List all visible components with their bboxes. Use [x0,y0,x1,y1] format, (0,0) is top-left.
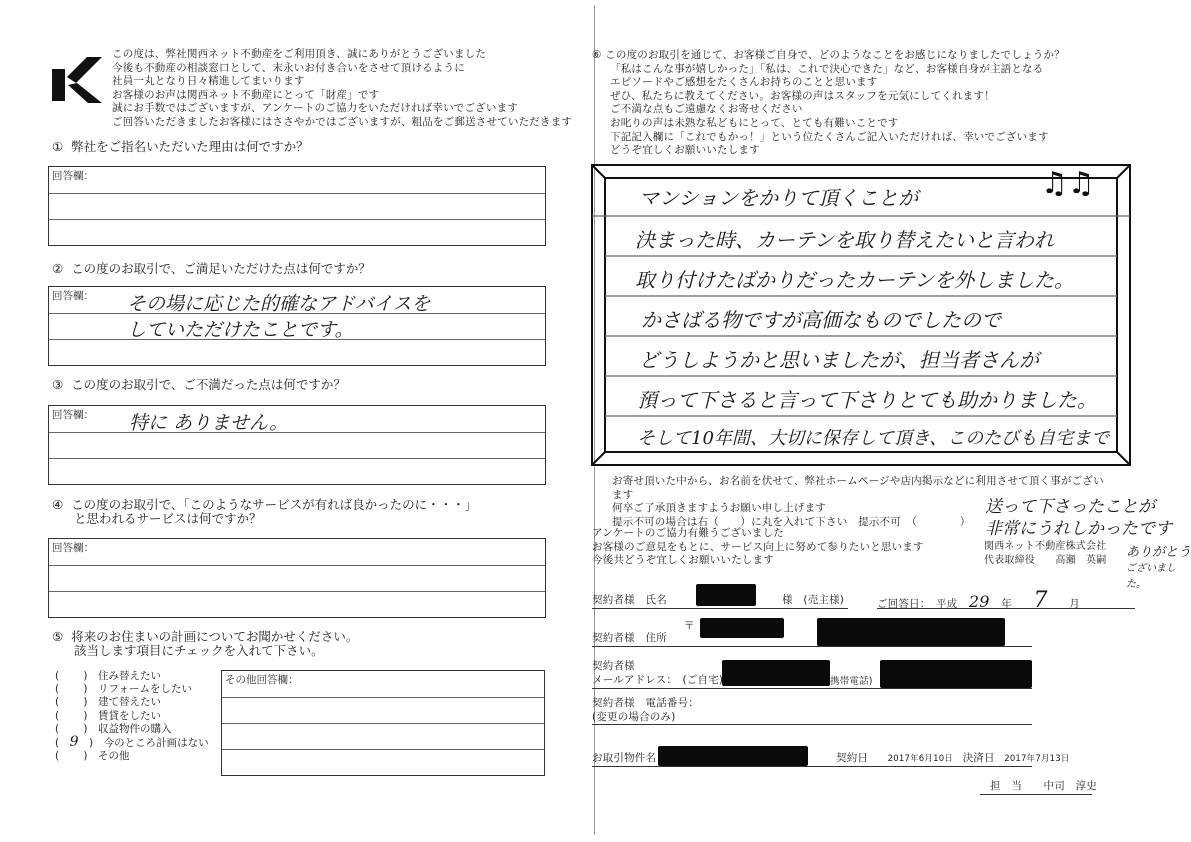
option-rebuild[interactable]: ( ) 建て替えたい [55,696,209,709]
answer-box-4[interactable]: 回答欄： [48,538,546,618]
option-move[interactable]: ( ) 住み替えたい [55,670,209,683]
staff-name: 担 当 中司 淳史 [990,780,1097,794]
property-label: お取引物件名： [592,752,667,766]
handwritten-answer-6: 取り付けたばかりだったカーテンを外しました。 [635,264,1074,293]
option-other[interactable]: ( ) その他 [55,750,209,763]
handwritten-answer-6: そして10年間、大切に保存して頂き、このたびも自宅まで [637,424,1109,450]
address-underline [592,646,1032,647]
intro-line: ご回答いただきましたお客様にはささやかではございますが、粗品をご郵送させていただ… [112,116,582,130]
handwritten-answer-2: していただけたことです。 [127,315,353,342]
contract-dates: 契約日 2017年6月10日 決済日 2017年7月13日 [836,752,1070,767]
redacted-email [722,660,830,686]
question-4: ④ この度のお取引で、「このようなサービスが有れば良かったのに・・・」 と思われ… [52,498,477,526]
company-signature: 関西ネット不動産株式会社 代表取締役 高瀬 英嗣 [984,540,1106,567]
intro-line: 誠にお手数ではございますが、アンケートのご協力をいただければ幸いでございます [112,102,582,116]
other-answer-box[interactable]: その他回答欄： [221,670,545,776]
opt-out-checkbox[interactable]: 提示不可 （ ） [858,516,970,528]
phone-underline [592,724,1032,725]
option-rent[interactable]: ( ) 賃貸をしたい [55,710,209,723]
question-2: ② この度のお取引で、ご満足いただけた点は何ですか？ [52,262,371,276]
name-suffix: 様 (売主様) [782,594,844,608]
music-notes-icon: ♫♫ [1041,169,1095,199]
handwritten-answer-6: 預って下さると言って下さりとても助かりました。 [637,384,1097,413]
email-underline [592,688,1032,689]
option-reform[interactable]: ( ) リフォームをしたい [55,683,209,696]
handwritten-thanks: ありがとう ございました。 [1126,545,1191,593]
staff-underline [980,794,1092,795]
intro-line: 社員一丸となり日々精進してまいります [112,75,582,89]
reply-date-underline [877,608,1135,609]
answer-box-3[interactable]: 回答欄： 特に ありません。 [48,405,546,485]
option-no-plan[interactable]: ( 9 ) 今のところ計画はない [55,736,209,750]
handwritten-answer-6: 決まった時、カーテンを取り替えたいと言われ [635,224,1054,253]
postal-mark: 〒 [684,620,695,634]
reply-month[interactable]: 7 [1033,588,1047,613]
redacted-mobile [880,660,1032,688]
handwritten-answer-2: その場に応じた的確なアドバイスを [127,289,430,316]
intro-line: 今後も不動産の相談窓口として、末永いお付き合いをさせて頂けるように [112,62,582,76]
phone-label: 契約者様 電話番号： (変更の場合のみ) [592,697,699,724]
name-underline [592,608,848,609]
handwritten-answer-3: 特に ありません。 [129,408,288,435]
question-3: ③ この度のお取引で、ご不満だった点は何ですか？ [52,378,346,392]
question-1: ① 弊社をご指名いただいた理由は何ですか？ [52,140,309,154]
email-label: 契約者様 メールアドレス： (ご自宅) [592,660,723,687]
handwritten-continuation: 送って下さったことが 非常にうれしかったです [985,496,1172,540]
property-underline [592,766,1032,767]
intro-text: この度は、弊社関西ネット不動産をご利用頂き、誠にありがとうございました 今後も不… [112,48,582,130]
answer-box-1[interactable]: 回答欄： [48,166,546,246]
question-5: ⑤ 将来のお住まいの計画についてお聞かせください。 該当します項目にチェックを入… [52,630,358,658]
name-label: 契約者様 氏名 [592,594,667,608]
intro-line: この度は、弊社関西ネット不動産をご利用頂き、誠にありがとうございました [112,48,582,62]
handwritten-answer-6: どうしようかと思いましたが、担当者さんが [639,344,1039,373]
q5-options: ( ) 住み替えたい ( ) リフォームをしたい ( ) 建て替えたい ( ) … [55,670,209,763]
handwritten-answer-6: かさばる物ですが高価なものでしたので [641,304,1001,333]
mobile-label: 携帯電話) [830,675,873,689]
q6-answer-frame[interactable]: ♫♫ マンションをかりて頂くことが 決まった時、カーテンを取り替えたいと言われ … [591,164,1131,466]
intro-line: お客様のお声は関西ネット不動産にとって「財産」です [112,89,582,103]
question-6: ⑥ この度のお取引を通じて、お客様ご自身で、どのようなことをお感じになりましたで… [592,49,1152,158]
answer-box-2[interactable]: 回答欄： その場に応じた的確なアドバイスを していただけたことです。 [48,286,546,366]
handwritten-answer-6: マンションをかりて頂くことが [639,182,918,211]
company-logo [52,55,102,103]
redacted-name [696,584,756,606]
redacted-property [658,746,808,766]
redacted-postal-code [700,618,784,638]
redacted-address [817,618,1005,646]
address-label: 契約者様 住所 [592,632,667,646]
thanks-text: アンケートのご協力有難うございました お客様のご意見をもとに、サービス向上に努め… [592,527,992,568]
